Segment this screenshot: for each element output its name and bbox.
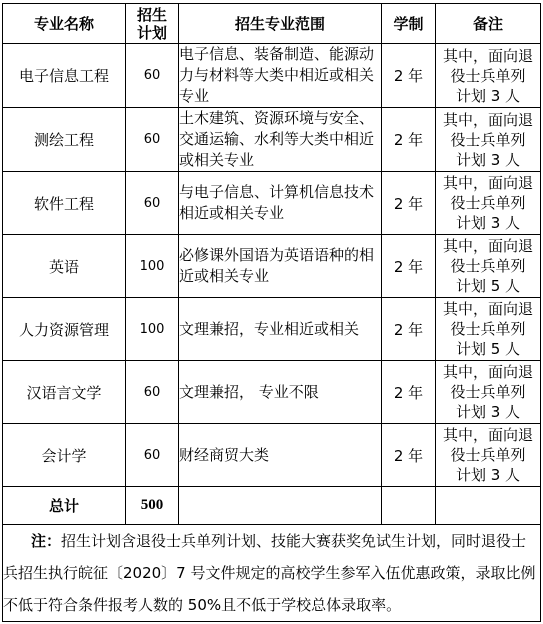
remark-line: 其中，面向退 xyxy=(436,362,540,382)
remark-line: 役士兵单列 xyxy=(436,256,540,276)
remark: 其中，面向退 役士兵单列 计划 3 人 xyxy=(436,108,541,172)
note-text: 招生计划含退役士兵单列计划、技能大赛获奖免试生计划，同时退役士兵招生执行皖征〔2… xyxy=(3,532,536,614)
major-name: 测绘工程 xyxy=(3,108,126,172)
major-name: 人力资源管理 xyxy=(3,298,126,361)
duration: 2 年 xyxy=(382,298,436,361)
plan-count: 60 xyxy=(126,172,179,235)
enrollment-scope: 文理兼招，专业相近或相关 xyxy=(179,298,382,361)
plan-count: 60 xyxy=(126,424,179,487)
note-row: 注：招生计划含退役士兵单列计划、技能大赛获奖免试生计划，同时退役士兵招生执行皖征… xyxy=(3,525,541,622)
major-name: 英语 xyxy=(3,235,126,298)
major-name: 汉语言文学 xyxy=(3,361,126,424)
remark-line: 役士兵单列 xyxy=(436,382,540,402)
duration: 2 年 xyxy=(382,172,436,235)
remark-line: 其中，面向退 xyxy=(436,425,540,445)
plan-count: 100 xyxy=(126,298,179,361)
enrollment-scope: 必修课外国语为英语语种的相近或相关专业 xyxy=(179,235,382,298)
major-name: 电子信息工程 xyxy=(3,44,126,108)
remark: 其中，面向退 役士兵单列 计划 3 人 xyxy=(436,361,541,424)
remark-line: 计划 3 人 xyxy=(436,465,540,485)
note-label: 注： xyxy=(31,532,61,550)
remark-line: 其中，面向退 xyxy=(436,236,540,256)
remark-line: 其中，面向退 xyxy=(436,46,540,66)
enrollment-scope: 与电子信息、计算机信息技术相近或相关专业 xyxy=(179,172,382,235)
major-name: 会计学 xyxy=(3,424,126,487)
remark: 其中，面向退 役士兵单列 计划 3 人 xyxy=(436,172,541,235)
remark-line: 计划 3 人 xyxy=(436,86,540,106)
duration: 2 年 xyxy=(382,361,436,424)
table-row: 人力资源管理 100 文理兼招，专业相近或相关 2 年 其中，面向退 役士兵单列… xyxy=(3,298,541,361)
total-plan: 500 xyxy=(126,487,179,525)
table-row: 会计学 60 财经商贸大类 2 年 其中，面向退 役士兵单列 计划 3 人 xyxy=(3,424,541,487)
total-scope-empty xyxy=(179,487,382,525)
duration: 2 年 xyxy=(382,108,436,172)
remark-line: 役士兵单列 xyxy=(436,445,540,465)
remark-line: 其中，面向退 xyxy=(436,299,540,319)
table-row: 测绘工程 60 土木建筑、资源环境与安全、交通运输、水利等大类中相近或相关专业 … xyxy=(3,108,541,172)
remark: 其中，面向退 役士兵单列 计划 3 人 xyxy=(436,44,541,108)
total-remark-empty xyxy=(436,487,541,525)
duration: 2 年 xyxy=(382,235,436,298)
remark-line: 计划 5 人 xyxy=(436,276,540,296)
note-cell: 注：招生计划含退役士兵单列计划、技能大赛获奖免试生计划，同时退役士兵招生执行皖征… xyxy=(3,525,541,622)
table-row: 英语 100 必修课外国语为英语语种的相近或相关专业 2 年 其中，面向退 役士… xyxy=(3,235,541,298)
remark-line: 计划 3 人 xyxy=(436,213,540,233)
remark-line: 役士兵单列 xyxy=(436,66,540,86)
total-duration-empty xyxy=(382,487,436,525)
header-plan: 招生 计划 xyxy=(126,4,179,44)
remark: 其中，面向退 役士兵单列 计划 5 人 xyxy=(436,235,541,298)
remark-line: 计划 3 人 xyxy=(436,150,540,170)
total-label: 总计 xyxy=(3,487,126,525)
remark-line: 计划 5 人 xyxy=(436,339,540,359)
duration: 2 年 xyxy=(382,44,436,108)
table-row: 电子信息工程 60 电子信息、装备制造、能源动力与材料等大类中相近或相关专业 2… xyxy=(3,44,541,108)
header-remark: 备注 xyxy=(436,4,541,44)
remark-line: 役士兵单列 xyxy=(436,193,540,213)
remark-line: 其中，面向退 xyxy=(436,110,540,130)
remark: 其中，面向退 役士兵单列 计划 3 人 xyxy=(436,424,541,487)
header-row: 专业名称 招生 计划 招生专业范围 学制 备注 xyxy=(3,4,541,44)
enrollment-scope: 土木建筑、资源环境与安全、交通运输、水利等大类中相近或相关专业 xyxy=(179,108,382,172)
plan-count: 60 xyxy=(126,108,179,172)
remark-line: 役士兵单列 xyxy=(436,130,540,150)
duration: 2 年 xyxy=(382,424,436,487)
remark-line: 其中，面向退 xyxy=(436,173,540,193)
table-row: 软件工程 60 与电子信息、计算机信息技术相近或相关专业 2 年 其中，面向退 … xyxy=(3,172,541,235)
remark-line: 役士兵单列 xyxy=(436,319,540,339)
enrollment-scope: 财经商贸大类 xyxy=(179,424,382,487)
header-plan-line2: 计划 xyxy=(137,24,167,42)
enrollment-scope: 文理兼招， 专业不限 xyxy=(179,361,382,424)
remark: 其中，面向退 役士兵单列 计划 5 人 xyxy=(436,298,541,361)
header-major: 专业名称 xyxy=(3,4,126,44)
header-duration: 学制 xyxy=(382,4,436,44)
remark-line: 计划 3 人 xyxy=(436,402,540,422)
header-plan-line1: 招生 xyxy=(137,6,167,24)
plan-count: 100 xyxy=(126,235,179,298)
plan-count: 60 xyxy=(126,44,179,108)
enrollment-plan-table: 专业名称 招生 计划 招生专业范围 学制 备注 电子信息工程 60 电子信息、装… xyxy=(2,3,541,622)
major-name: 软件工程 xyxy=(3,172,126,235)
enrollment-scope: 电子信息、装备制造、能源动力与材料等大类中相近或相关专业 xyxy=(179,44,382,108)
total-row: 总计 500 xyxy=(3,487,541,525)
table-row: 汉语言文学 60 文理兼招， 专业不限 2 年 其中，面向退 役士兵单列 计划 … xyxy=(3,361,541,424)
header-scope: 招生专业范围 xyxy=(179,4,382,44)
plan-count: 60 xyxy=(126,361,179,424)
